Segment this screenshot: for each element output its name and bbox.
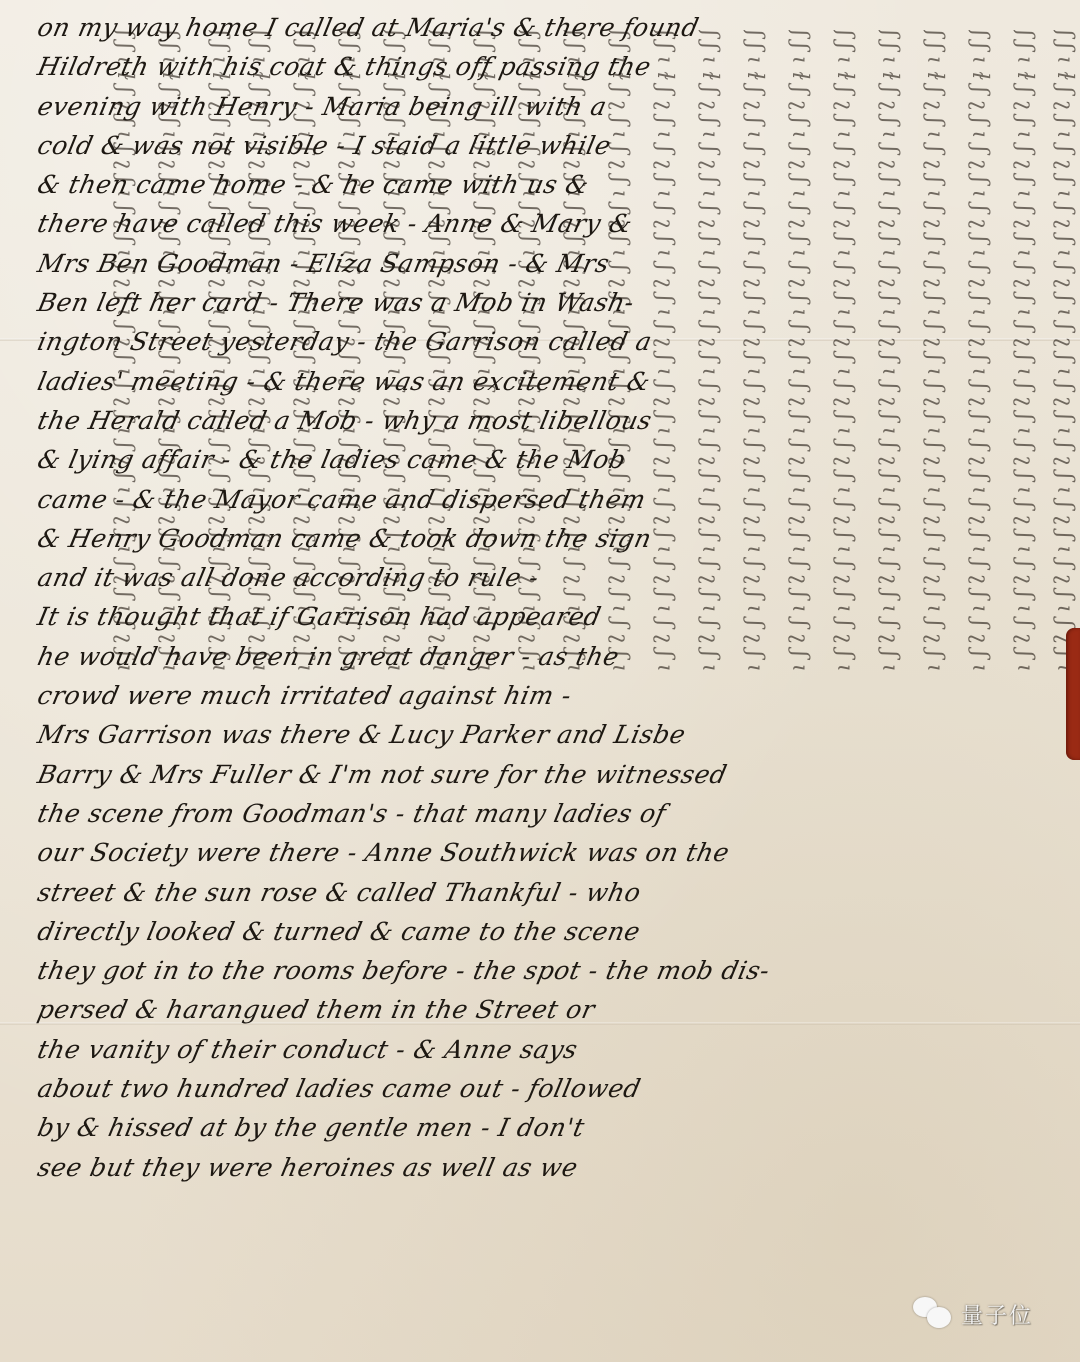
letter-line: the scene from Goodman's - that many lad… xyxy=(34,794,1080,833)
letter-line: the Herald called a Mob - why a most lib… xyxy=(34,401,1080,440)
letter-line: by & hissed at by the gentle men - I don… xyxy=(34,1108,1080,1147)
letter-line: Mrs Garrison was there & Lucy Parker and… xyxy=(34,715,1080,754)
letter-line: about two hundred ladies came out - foll… xyxy=(34,1069,1080,1108)
letter-line: came - & the Mayor came and dispersed th… xyxy=(34,480,1080,519)
letter-line: directly looked & turned & came to the s… xyxy=(34,912,1080,951)
letter-line: evening with Henry - Maria being ill wit… xyxy=(34,87,1080,126)
letter-line: It is thought that if Garrison had appea… xyxy=(34,597,1080,636)
letter-line: & then came home - & he came with us & xyxy=(34,165,1080,204)
letter-line: ladies' meeting - & there was an excitem… xyxy=(34,362,1080,401)
letter-line: they got in to the rooms before - the sp… xyxy=(34,951,1080,990)
letter-line: & lying affair - & the ladies came & the… xyxy=(34,440,1080,479)
letter-line: Hildreth with his coat & things off pass… xyxy=(34,47,1080,86)
letter-line: crowd were much irritated against him - xyxy=(34,676,1080,715)
letter-line: the vanity of their conduct - & Anne say… xyxy=(34,1030,1080,1069)
letter-line: Mrs Ben Goodman - Eliza Sampson - & Mrs xyxy=(34,244,1080,283)
letter-line: he would have been in great danger - as … xyxy=(34,637,1080,676)
letter-line: see but they were heroines as well as we xyxy=(34,1148,1080,1187)
watermark: 量子位 xyxy=(913,1297,1033,1331)
letter-line: persed & harangued them in the Street or xyxy=(34,990,1080,1029)
letter-body: on my way home I called at Maria's & the… xyxy=(38,8,1078,1187)
letter-line: cold & was not visible - I staid a littl… xyxy=(34,126,1080,165)
letter-line: there have called this week - Anne & Mar… xyxy=(34,204,1080,243)
letter-line: Ben left her card - There was a Mob in W… xyxy=(34,283,1080,322)
letter-line: our Society were there - Anne Southwick … xyxy=(34,833,1080,872)
watermark-text: 量子位 xyxy=(961,1299,1033,1330)
letter-line: Barry & Mrs Fuller & I'm not sure for th… xyxy=(34,755,1080,794)
letter-line: ington Street yesterday - the Garrison c… xyxy=(34,322,1080,361)
letter-line: and it was all done according to rule - xyxy=(34,558,1080,597)
letter-line: on my way home I called at Maria's & the… xyxy=(34,8,1080,47)
letter-line: & Henry Goodman came & took down the sig… xyxy=(34,519,1080,558)
letter-line: street & the sun rose & called Thankful … xyxy=(34,873,1080,912)
wechat-icon xyxy=(913,1297,953,1331)
wax-seal-remnant xyxy=(1066,628,1080,760)
